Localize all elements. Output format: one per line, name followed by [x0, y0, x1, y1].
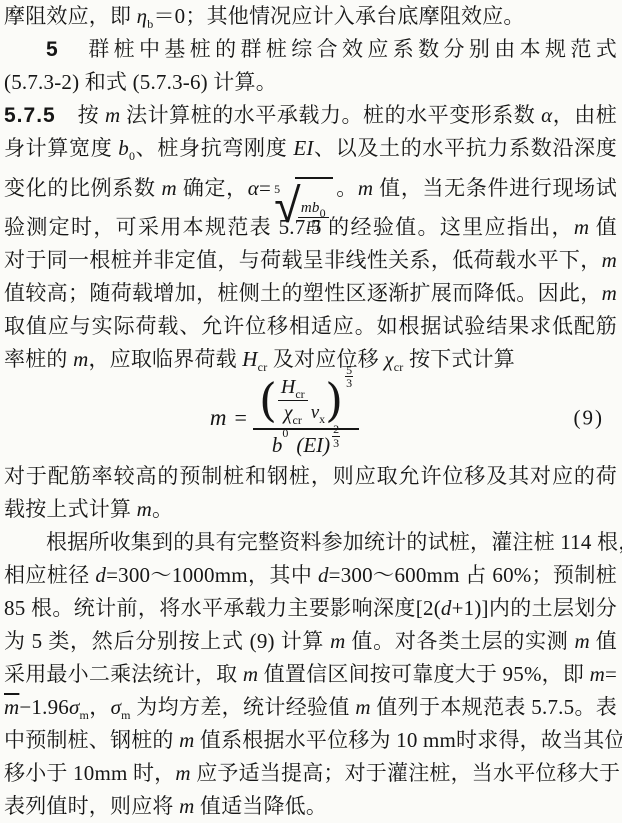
text-segment: 值置信区间按可靠度大于 95%，即 [258, 662, 589, 686]
math-var-with-subscript: Hcr [242, 347, 267, 371]
math-subscript: cr [394, 360, 404, 374]
text-segment: 载按上式计算 [4, 497, 137, 521]
equation-lhs: m [210, 405, 227, 431]
math-var: η [137, 4, 148, 28]
text-line: 载按上式计算 m。 [4, 493, 617, 526]
equation-number: (9) [574, 406, 605, 431]
text-line: 对于配筋率较高的预制桩和钢桩，则应取允许位移及其对应的荷 [4, 460, 617, 493]
text-line: 移小于 10mm 时，m 应予适当提高；对于灌注桩，当水平位移大于 [4, 757, 617, 790]
math-var: σ [69, 695, 80, 719]
math-subscript: m [80, 708, 90, 722]
text-segment: ，应取临界荷载 [88, 347, 242, 371]
math-var: m [73, 347, 88, 371]
math-var-with-subscript: χcr [384, 347, 403, 371]
text-segment: ，由桩 [552, 103, 617, 127]
math-var: m [105, 103, 120, 127]
text-block-bottom: 对于配筋率较高的预制桩和钢桩，则应取允许位移及其对应的荷载按上式计算 m。根据所… [4, 460, 617, 823]
text-segment: = [605, 662, 617, 686]
text-segment: 值，当无条件进行现场试 [373, 176, 617, 200]
exponent-two-thirds: 2 3 [332, 423, 340, 449]
math-var: m [602, 281, 617, 305]
var-chi: χ [284, 402, 293, 424]
text-segment: 身计算宽度 [4, 136, 118, 160]
text-segment: 相应桩径 [4, 563, 95, 587]
text-segment: −1.96 [19, 695, 69, 719]
text-segment: 对于同一根桩并非定值，与荷载呈非线性关系，低荷载水平下， [4, 248, 602, 272]
math-var-overline: m [4, 695, 19, 719]
text-segment: ＝0；其他情况应计入承台底摩阻效应。 [153, 4, 524, 28]
text-line: 采用最小二乘法统计，取 m 值置信区间按可靠度大于 95%，即 m= [4, 658, 617, 691]
math-var: m [137, 497, 152, 521]
sub-x: x [319, 412, 325, 426]
text-segment: 变化的比例系数 [4, 176, 162, 200]
text-line: 值较高；随荷载增加，桩侧土的塑性区逐渐扩展而降低。因此，m [4, 277, 617, 310]
math-var: m [179, 728, 194, 752]
text-segment: 及对应位移 [267, 347, 384, 371]
text-segment: 验测定时，可采用本规范表 5.7.5 的经验值。这里应指出， [4, 215, 574, 239]
text-segment: 率桩的 [4, 347, 73, 371]
main-fraction-denominator: b0 (EI) 2 3 [272, 430, 340, 459]
math-var: d [441, 596, 452, 620]
text-block-top: 摩阻效应，即 ηb＝0；其他情况应计入承台底摩阻效应。5 群桩中基桩的群桩综合效… [4, 0, 617, 376]
text-segment: 按下式计算 [404, 347, 515, 371]
text-segment: 。 [152, 497, 173, 521]
text-segment: 为 5 类，然后分别按上式 (9) 计算 [4, 629, 330, 653]
text-segment: = [259, 176, 271, 200]
math-var: m [243, 662, 258, 686]
text-segment: 取值应与实际荷载、允许位移相适应。如根据试验结果求低配筋 [4, 314, 617, 338]
math-var: α [541, 103, 552, 127]
math-var: m [358, 176, 373, 200]
text-segment: +1)]内的土层划分 [452, 596, 617, 620]
text-line: 身计算宽度 b0、桩身抗弯刚度 EI、以及土的水平抗力系数沿深度 [4, 132, 617, 165]
text-line: 取值应与实际荷载、允许位移相适应。如根据试验结果求低配筋 [4, 310, 617, 343]
text-segment: 移小于 10mm 时， [4, 761, 175, 785]
var-b0: b [272, 433, 283, 458]
math-var-with-subscript: σm [111, 695, 131, 719]
math-var: m [590, 662, 605, 686]
text-segment: 、桩身抗弯刚度 [135, 136, 293, 160]
math-var-with-subscript: ηb [137, 4, 154, 28]
open-paren: ( [259, 379, 277, 423]
text-segment: 群桩中基桩的群桩综合效应系数分别由本规范式 [59, 37, 617, 61]
text-segment: 法计算桩的水平承载力。桩的水平变形系数 [120, 103, 541, 127]
text-line: 中预制桩、钢桩的 m 值系根据水平位移为 10 mm时求得，故当其位 [4, 724, 617, 757]
exponent-five-thirds: 5 3 [345, 364, 353, 390]
sub-cr: cr [295, 387, 304, 401]
var-EI: (EI) [296, 433, 330, 458]
math-var: χ [384, 347, 393, 371]
text-segment: 值 [589, 215, 617, 239]
math-var: d [318, 563, 329, 587]
text-segment: =300～600mm 占 60%；预制桩 [329, 563, 617, 587]
math-subscript: cr [258, 360, 268, 374]
math-var: m [179, 794, 194, 818]
document-page: 摩阻效应，即 ηb＝0；其他情况应计入承台底摩阻效应。5 群桩中基桩的群桩综合效… [0, 0, 622, 823]
math-var: m [574, 215, 589, 239]
math-subscript: m [121, 708, 131, 722]
inner-fraction-numerator: Hcr [278, 377, 308, 402]
math-var-with-subscript: σm [69, 695, 89, 719]
equation-9-body: m = ( Hcr χcr vx ) 5 3 b0 [210, 377, 359, 459]
math-var: m [162, 176, 177, 200]
text-line: (5.7.3-2) 和式 (5.7.3-6) 计算。 [4, 66, 617, 99]
text-segment: =300～1000mm，其中 [106, 563, 318, 587]
text-segment: 摩阻效应，即 [4, 4, 137, 28]
math-var: EI [293, 136, 313, 160]
text-line: 为 5 类，然后分别按上式 (9) 计算 m 值。对各类土层的实测 m 值 [4, 625, 617, 658]
text-segment: (5.7.3-2) 和式 (5.7.3-6) 计算。 [4, 70, 277, 94]
text-segment: 值系根据水平位移为 10 mm时求得，故当其位 [194, 728, 622, 752]
math-var: m [602, 248, 617, 272]
text-segment: 为均方差，统计经验值 [131, 695, 356, 719]
math-var: m [574, 629, 589, 653]
text-line: 率桩的 m，应取临界荷载 Hcr 及对应位移 χcr 按下式计算 [4, 343, 617, 376]
math-var: m [330, 629, 345, 653]
text-segment: 按 [56, 103, 105, 127]
text-line: 5.7.5 按 m 法计算桩的水平承载力。桩的水平变形系数 α，由桩 [4, 99, 617, 132]
text-segment: 表列值时，则应将 [4, 794, 179, 818]
text-line: 摩阻效应，即 ηb＝0；其他情况应计入承台底摩阻效应。 [4, 0, 617, 33]
text-segment: 值 [590, 629, 617, 653]
text-segment: 值列于本规范表 5.7.5。表 [371, 695, 617, 719]
text-segment: ， [89, 695, 111, 719]
text-segment: 应予适当提高；对于灌注桩，当水平位移大于 [191, 761, 620, 785]
sub-cr: cr [293, 413, 302, 427]
close-paren: ) [325, 379, 343, 423]
text-line: 表列值时，则应将 m 值适当降低。 [4, 790, 617, 823]
text-line: 验测定时，可采用本规范表 5.7.5 的经验值。这里应指出，m 值 [4, 211, 617, 244]
equals-sign: = [235, 405, 247, 431]
text-segment: 、以及土的水平抗力系数沿深度 [314, 136, 617, 160]
text-segment: 确定， [177, 176, 248, 200]
math-var: m [175, 761, 190, 785]
var-H: H [281, 376, 295, 398]
text-segment: 根据所收集到的具有完整资料参加统计的试桩，灌注桩 114 根， [46, 530, 622, 554]
text-line: 根据所收集到的具有完整资料参加统计的试桩，灌注桩 114 根， [4, 526, 617, 559]
main-fraction-numerator: ( Hcr χcr vx ) 5 3 [253, 377, 359, 430]
text-line: 85 根。统计前，将水平承载力主要影响深度[2(d+1)]内的土层划分 [4, 592, 617, 625]
section-number: 5 [46, 38, 59, 61]
main-fraction: ( Hcr χcr vx ) 5 3 b0 (EI) [253, 377, 359, 459]
text-line: 变化的比例系数 m 确定，α=5√mb0EI。m 值，当无条件进行现场试 [4, 165, 617, 211]
text-segment: 对于配筋率较高的预制桩和钢桩，则应取允许位移及其对应的荷 [4, 464, 617, 488]
text-segment: 85 根。统计前，将水平承载力主要影响深度[2( [4, 596, 441, 620]
text-segment: 。 [336, 176, 358, 200]
section-number: 5.7.5 [4, 104, 56, 127]
text-line: 对于同一根桩并非定值，与荷载呈非线性关系，低荷载水平下，m [4, 244, 617, 277]
math-var: σ [111, 695, 122, 719]
equation-9: m = ( Hcr χcr vx ) 5 3 b0 [4, 376, 617, 460]
text-segment: 值较高；随荷载增加，桩侧土的塑性区逐渐扩展而降低。因此， [4, 281, 602, 305]
text-segment: 中预制桩、钢桩的 [4, 728, 179, 752]
text-line: m−1.96σm，σm 为均方差，统计经验值 m 值列于本规范表 5.7.5。表 [4, 691, 617, 724]
math-var-with-subscript: b0 [118, 136, 135, 160]
inner-fraction-denominator: χcr [284, 401, 302, 425]
math-var: d [95, 563, 106, 587]
inner-fraction: Hcr χcr [278, 377, 308, 425]
var-v-x: vx [311, 402, 325, 424]
text-segment: 值。对各类土层的实测 [345, 629, 574, 653]
text-segment: 值适当降低。 [194, 794, 327, 818]
text-line: 5 群桩中基桩的群桩综合效应系数分别由本规范式 [4, 33, 617, 66]
math-var: H [242, 347, 257, 371]
math-var: α [248, 176, 259, 200]
text-line: 相应桩径 d=300～1000mm，其中 d=300～600mm 占 60%；预… [4, 559, 617, 592]
math-var: m [355, 695, 370, 719]
math-var: b [118, 136, 129, 160]
text-segment: 采用最小二乘法统计，取 [4, 662, 243, 686]
